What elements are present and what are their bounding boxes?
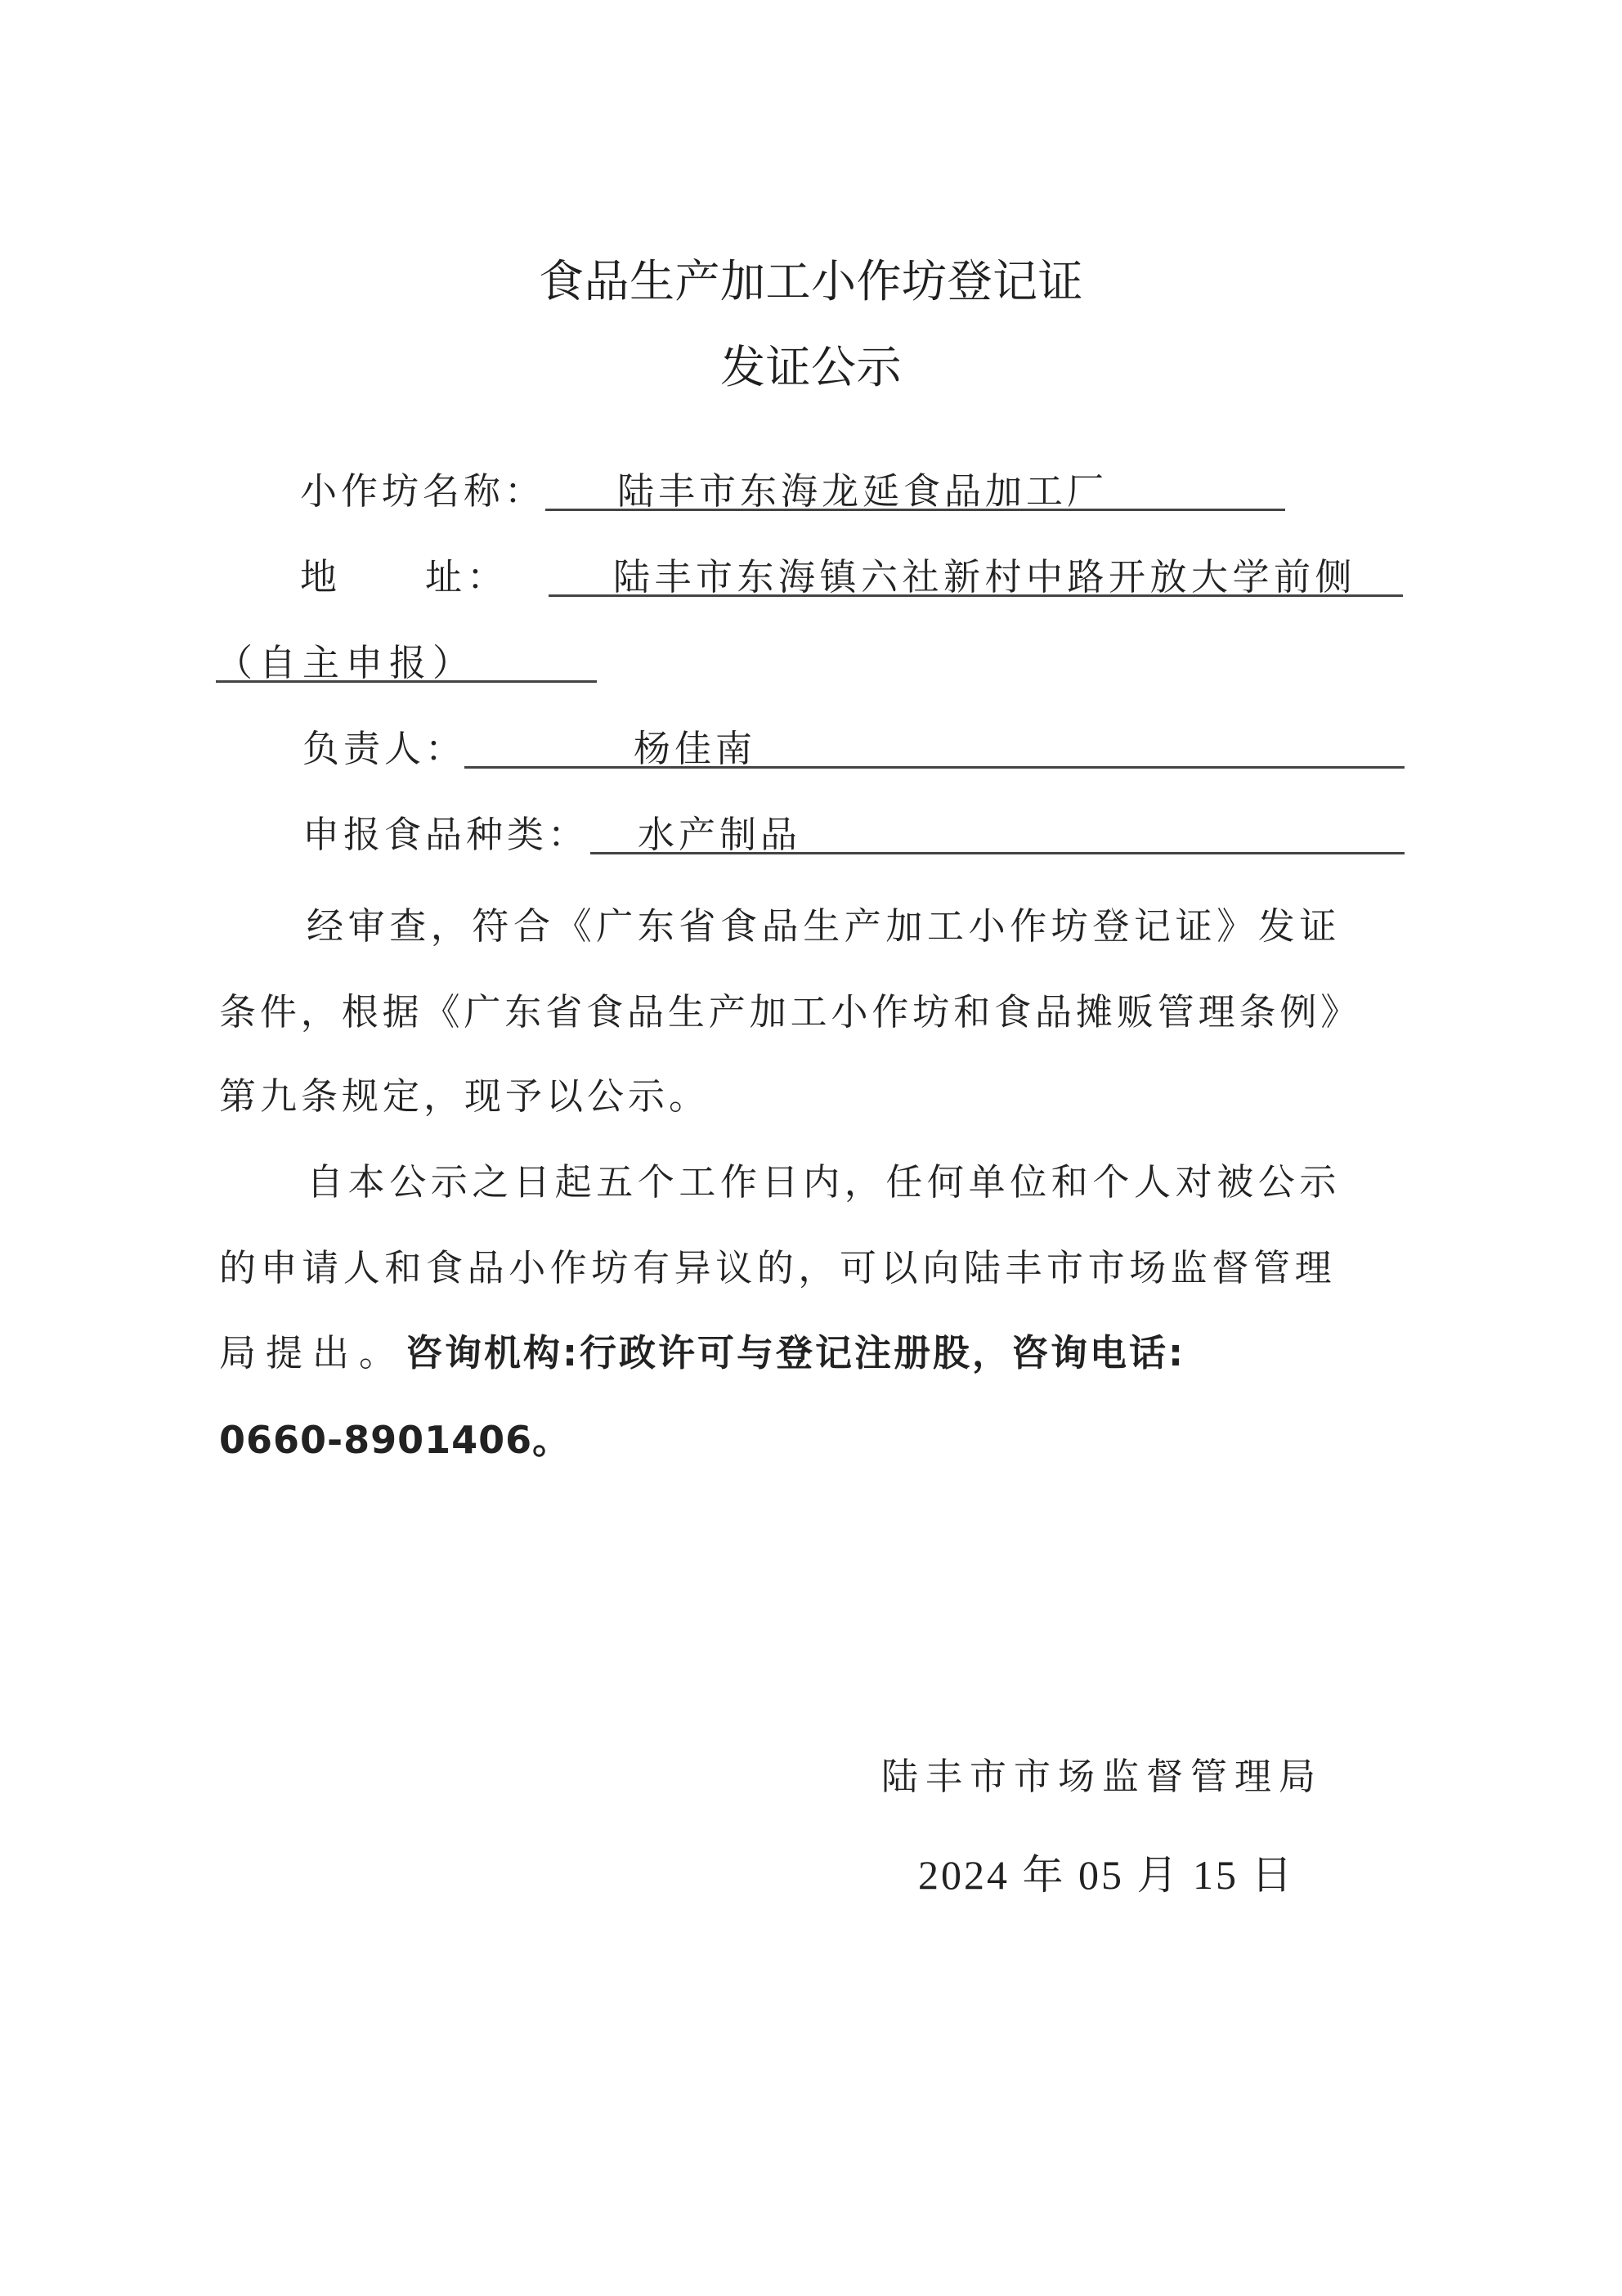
- issuing-organization: 陆丰市市场监督管理局: [881, 1758, 1323, 1795]
- document-title: 食品生产加工小作坊登记证: [0, 245, 1622, 310]
- underline: [464, 766, 1405, 769]
- field-value: 陆丰市东海龙延食品加工厂: [617, 473, 1108, 509]
- body-line: 第九条规定，现予以公示。: [219, 1078, 710, 1114]
- field-label: 地 址：: [300, 558, 509, 595]
- field-value: 杨佳南: [634, 730, 756, 767]
- consult-info: 咨询机构:行政许可与登记注册股，咨询电话:: [405, 1331, 1185, 1374]
- body-line: 自本公示之日起五个工作日内，任何单位和个人对被公示: [307, 1164, 1341, 1200]
- field-value: 陆丰市东海镇六社新村中路开放大学前侧: [613, 558, 1356, 595]
- body-line: 局提出。咨询机构:行政许可与登记注册股，咨询电话:: [219, 1334, 1185, 1371]
- body-text: 局提出。: [219, 1331, 405, 1374]
- body-line: 条件，根据《广东省食品生产加工小作坊和食品摊贩管理条例》: [219, 993, 1361, 1030]
- body-line: 的申请人和食品小作坊有异议的，可以向陆丰市市场监督管理: [219, 1249, 1336, 1286]
- underline: [216, 680, 597, 683]
- consult-phone: 0660-8901406。: [219, 1421, 571, 1459]
- field-label: 小作坊名称：: [300, 473, 545, 509]
- field-label: 申报食品种类：: [302, 816, 589, 853]
- field-value-continuation: （自主申报）: [216, 644, 476, 681]
- document-subtitle: 发证公示: [0, 331, 1622, 396]
- body-line: 经审查，符合《广东省食品生产加工小作坊登记证》发证: [307, 908, 1341, 944]
- field-label: 负责人：: [302, 730, 466, 767]
- issue-date: 2024 年 05 月 15 日: [918, 1854, 1295, 1895]
- field-value: 水产制品: [638, 816, 801, 853]
